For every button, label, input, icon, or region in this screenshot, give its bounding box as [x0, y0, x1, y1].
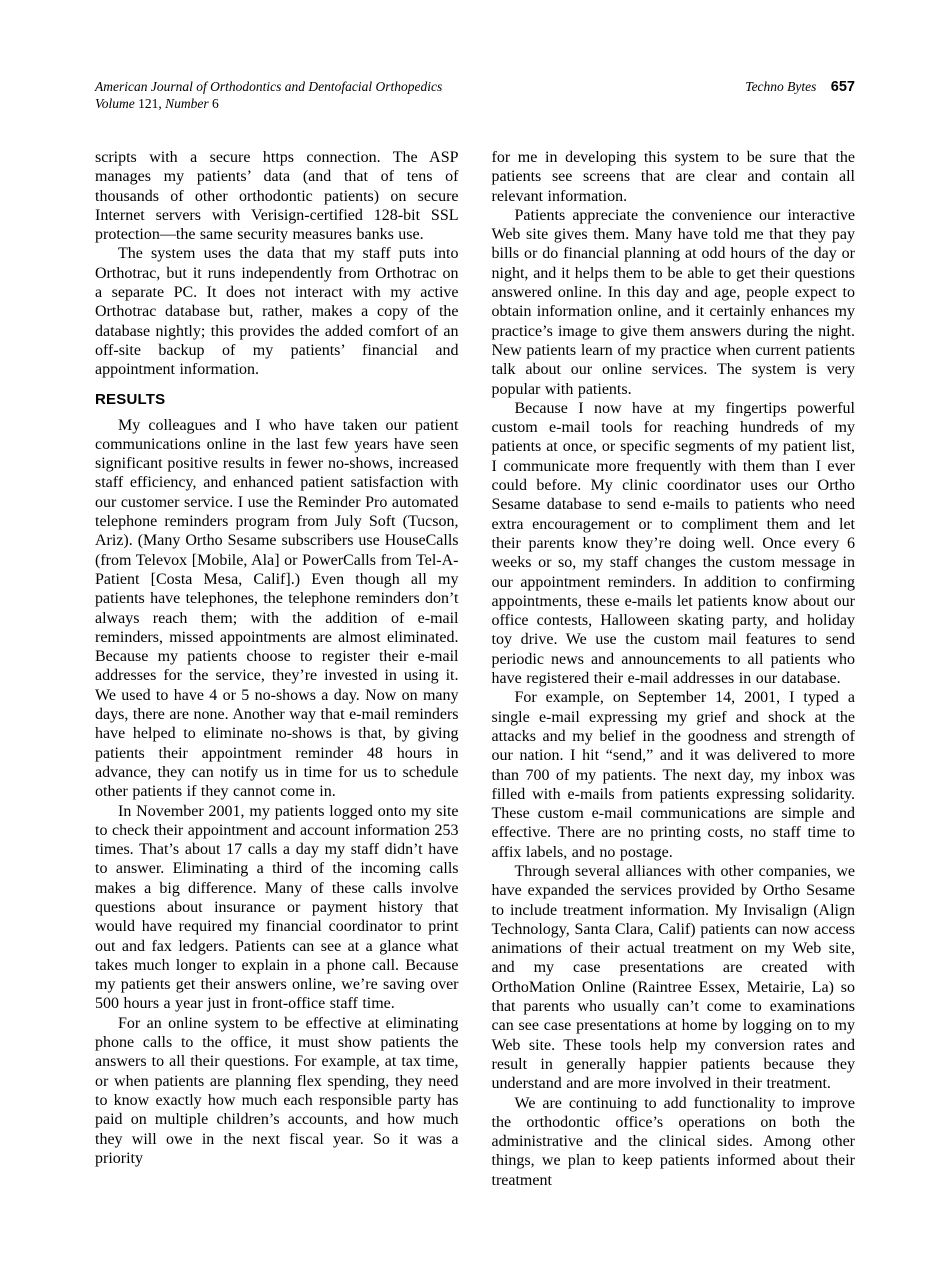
journal-info: American Journal of Orthodontics and Den… — [95, 78, 442, 112]
number-word: Number — [165, 96, 209, 111]
paragraph: The system uses the data that my staff p… — [95, 244, 459, 379]
issue-number: 6 — [212, 96, 219, 111]
running-head-block: Techno Bytes 657 — [745, 78, 855, 96]
volume-word: Volume — [95, 96, 135, 111]
paragraph: Through several alliances with other com… — [492, 862, 856, 1094]
article-body: scripts with a secure https connection. … — [95, 148, 855, 1190]
paragraph: for me in developing this system to be s… — [492, 148, 856, 206]
journal-title: American Journal of Orthodontics and Den… — [95, 78, 442, 95]
paragraph: scripts with a secure https connection. … — [95, 148, 459, 244]
running-head: Techno Bytes — [745, 79, 816, 94]
journal-page: American Journal of Orthodontics and Den… — [95, 78, 855, 1190]
page-header: American Journal of Orthodontics and Den… — [95, 78, 855, 112]
column-right: for me in developing this system to be s… — [492, 148, 856, 1190]
paragraph: We are continuing to add functionality t… — [492, 1094, 856, 1190]
volume-issue-line: Volume 121, Number 6 — [95, 95, 442, 112]
page-number: 657 — [831, 79, 855, 95]
paragraph: In November 2001, my patients logged ont… — [95, 802, 459, 1014]
paragraph: For an online system to be effective at … — [95, 1014, 459, 1168]
paragraph: For example, on September 14, 2001, I ty… — [492, 688, 856, 862]
section-heading-results: RESULTS — [95, 391, 459, 408]
paragraph: Because I now have at my fingertips powe… — [492, 399, 856, 688]
paragraph: My colleagues and I who have taken our p… — [95, 416, 459, 802]
volume-number: 121, — [138, 96, 162, 111]
column-left: scripts with a secure https connection. … — [95, 148, 459, 1190]
paragraph: Patients appreciate the convenience our … — [492, 206, 856, 399]
